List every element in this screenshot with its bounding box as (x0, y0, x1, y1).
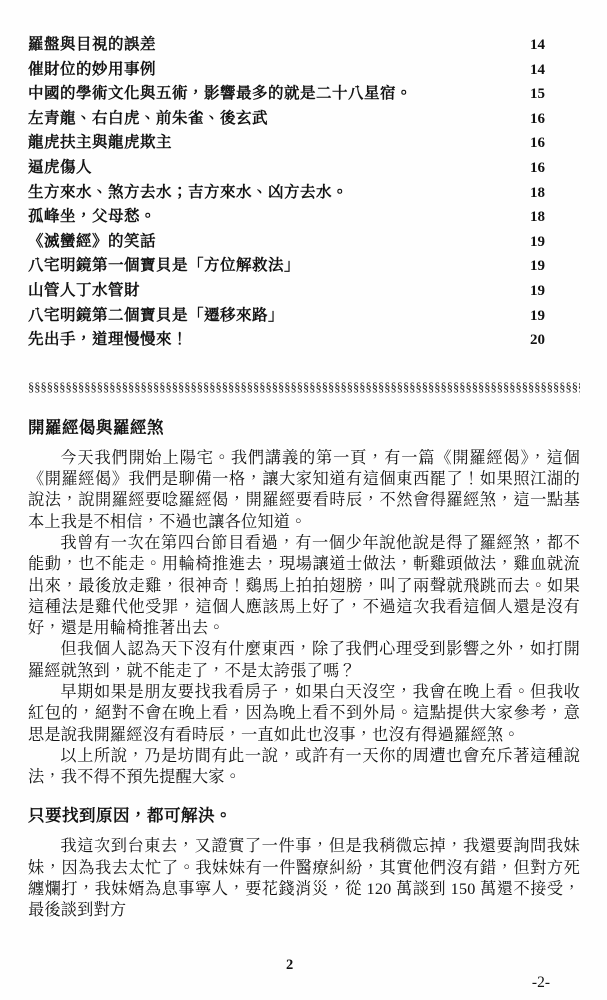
toc-entry-page-number: 20 (530, 329, 580, 353)
toc-entry-title: 孤峰坐，父母愁。 (28, 205, 156, 229)
toc-entry-title: 生方來水、煞方去水；吉方來水、凶方去水。 (28, 181, 348, 205)
toc-entry-title: 逼虎傷人 (28, 156, 92, 180)
toc-entry: 《滅蠻經》的笑話 19 (28, 230, 580, 255)
paragraph: 早期如果是朋友要找我看房子，如果白天沒空，我會在晚上看。但我收紅包的，絕對不會在… (28, 682, 580, 746)
page-number-right: -2- (532, 974, 550, 992)
toc-entry-page-number: 19 (530, 231, 580, 255)
page-number-center: 2 (286, 957, 293, 974)
section-divider: §§§§§§§§§§§§§§§§§§§§§§§§§§§§§§§§§§§§§§§§… (28, 380, 580, 394)
toc-entry-page-number: 16 (530, 132, 580, 156)
toc-entry-page-number: 16 (530, 157, 580, 181)
toc-entry: 催財位的妙用事例 14 (28, 58, 580, 83)
paragraph: 我這次到台東去，又證實了一件事，但是我稍微忘掉，我還要詢問我妹妹，因為我去太忙了… (28, 836, 580, 921)
section-heading-kailuojing: 開羅經偈與羅經煞 (28, 418, 580, 438)
toc-entry: 龍虎扶主與龍虎欺主 16 (28, 131, 580, 156)
toc-entry: 中國的學術文化與五術，影響最多的就是二十八星宿。 15 (28, 82, 580, 107)
paragraph: 以上所說，乃是坊間有此一說，或許有一天你的周遭也會充斥著這種說法，我不得不預先提… (28, 746, 580, 789)
toc-entry-page-number: 14 (530, 34, 580, 58)
toc-entry: 左青龍、右白虎、前朱雀、後玄武 16 (28, 107, 580, 132)
paragraph: 今天我們開始上陽宅。我們講義的第一頁，有一篇《開羅經偈》，這個《開羅經偈》我們是… (28, 448, 580, 533)
toc-entry-page-number: 19 (530, 280, 580, 304)
toc-entry: 八宅明鏡第一個寶貝是「方位解救法」 19 (28, 254, 580, 279)
document-page: 羅盤與目視的誤差 14 催財位的妙用事例 14 中國的學術文化與五術，影響最多的… (0, 0, 607, 1000)
toc-entry-page-number: 18 (530, 206, 580, 230)
toc-entry-title: 催財位的妙用事例 (28, 58, 156, 82)
toc-entry: 先出手，道理慢慢來！ 20 (28, 328, 580, 353)
toc-entry-page-number: 19 (530, 255, 580, 279)
toc-entry-title: 八宅明鏡第一個寶貝是「方位解救法」 (28, 254, 300, 278)
toc-entry-title: 《滅蠻經》的笑話 (28, 230, 156, 254)
paragraph: 我曾有一次在第四台節目看過，有一個少年說他說是得了羅經煞，都不能動，也不能走。用… (28, 533, 580, 639)
toc-entry: 山管人丁水管財 19 (28, 279, 580, 304)
toc-entry-page-number: 14 (530, 59, 580, 83)
paragraph: 但我個人認為天下沒有什麼東西，除了我們心理受到影響之外，如打開羅經就煞到，就不能… (28, 639, 580, 682)
toc-entry: 逼虎傷人 16 (28, 156, 580, 181)
toc-entry: 羅盤與目視的誤差 14 (28, 33, 580, 58)
table-of-contents: 羅盤與目視的誤差 14 催財位的妙用事例 14 中國的學術文化與五術，影響最多的… (28, 33, 580, 353)
toc-entry-page-number: 16 (530, 108, 580, 132)
section-heading-find-cause: 只要找到原因，都可解決。 (28, 806, 580, 826)
toc-entry-title: 羅盤與目視的誤差 (28, 33, 156, 57)
toc-entry-page-number: 15 (530, 83, 580, 107)
toc-entry-title: 山管人丁水管財 (28, 279, 140, 303)
toc-entry-title: 左青龍、右白虎、前朱雀、後玄武 (28, 107, 268, 131)
toc-entry: 生方來水、煞方去水；吉方來水、凶方去水。 18 (28, 181, 580, 206)
toc-entry-title: 先出手，道理慢慢來！ (28, 328, 188, 352)
toc-entry-title: 中國的學術文化與五術，影響最多的就是二十八星宿。 (28, 82, 412, 106)
section-body-kailuojing: 今天我們開始上陽宅。我們講義的第一頁，有一篇《開羅經偈》，這個《開羅經偈》我們是… (28, 448, 580, 789)
toc-entry-page-number: 19 (530, 305, 580, 329)
toc-entry: 孤峰坐，父母愁。 18 (28, 205, 580, 230)
toc-entry-title: 八宅明鏡第二個寶貝是「遷移來路」 (28, 304, 284, 328)
toc-entry-page-number: 18 (530, 182, 580, 206)
toc-entry: 八宅明鏡第二個寶貝是「遷移來路」 19 (28, 304, 580, 329)
section-body-find-cause: 我這次到台東去，又證實了一件事，但是我稍微忘掉，我還要詢問我妹妹，因為我去太忙了… (28, 836, 580, 921)
toc-entry-title: 龍虎扶主與龍虎欺主 (28, 131, 172, 155)
